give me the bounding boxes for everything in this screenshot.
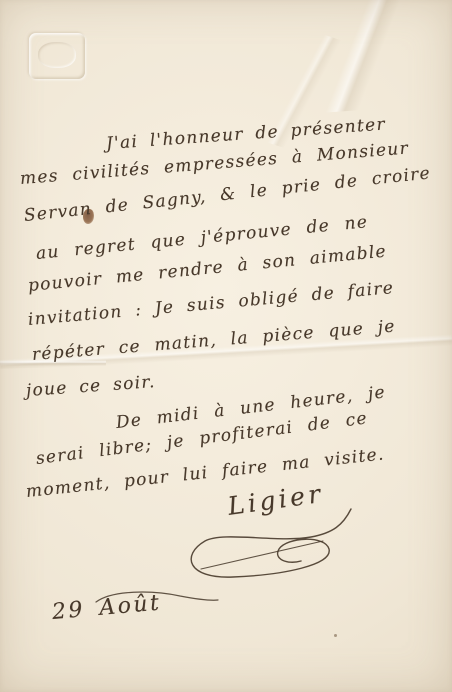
letter-photograph: J'ai l'honneur de présenter mes civilité… xyxy=(0,0,452,692)
date-line: 29 Août xyxy=(51,590,162,624)
paper-speck xyxy=(334,634,337,637)
signature-paraph xyxy=(183,503,363,591)
paper-crease xyxy=(246,0,452,118)
letter-line: joue ce soir. xyxy=(25,372,156,401)
embossed-stamp-center xyxy=(38,42,76,68)
signature: Ligier xyxy=(226,479,325,521)
embossed-stamp-icon xyxy=(29,33,85,79)
